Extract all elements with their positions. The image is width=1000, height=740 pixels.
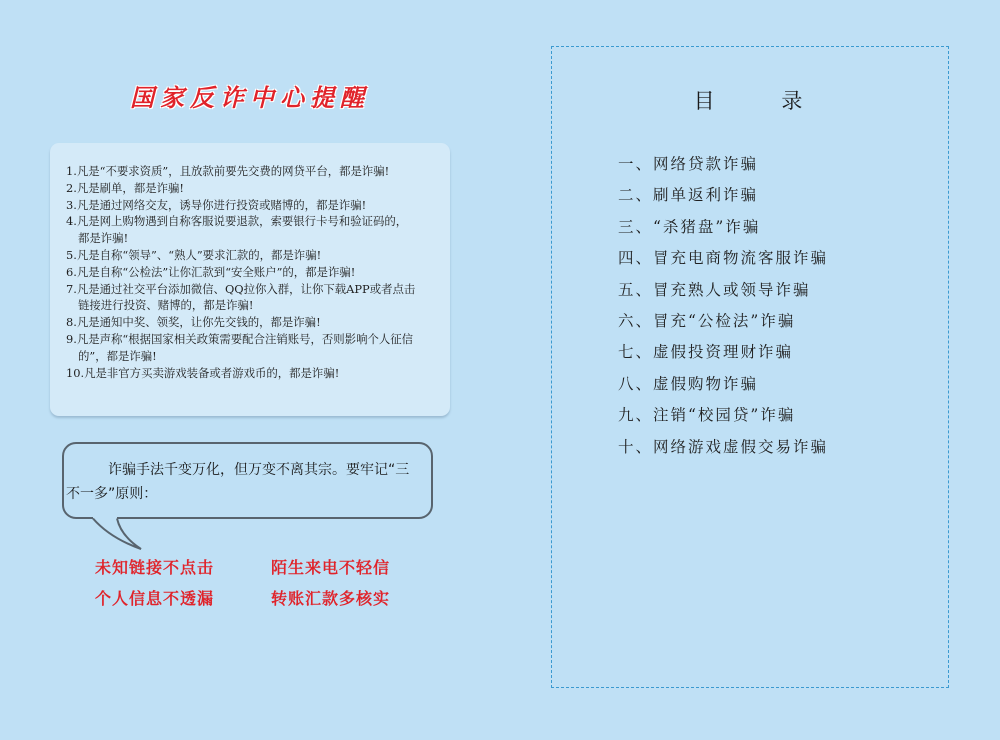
toc-item[interactable]: 十、网络游戏虚假交易诈骗 xyxy=(618,432,828,463)
rule-text: 7.凡是通过社交平台添加微信、QQ拉你入群，让你下载APP或者点击 xyxy=(66,282,415,296)
rule-text-continued: 都是诈骗! xyxy=(66,230,438,247)
slogan-item: 未知链接不点击 xyxy=(95,557,271,579)
slogan-item: 陌生来电不轻信 xyxy=(271,557,425,579)
rule-item: 2.凡是刷单，都是诈骗! xyxy=(66,180,438,197)
rule-text: 1.凡是“不要求资质”，且放款前要先交费的网贷平台，都是诈骗! xyxy=(66,164,389,178)
toc-item[interactable]: 八、虚假购物诈骗 xyxy=(618,369,828,400)
toc-item[interactable]: 九、注销“校园贷”诈骗 xyxy=(618,400,828,431)
toc-item[interactable]: 一、网络贷款诈骗 xyxy=(618,149,828,180)
toc-item[interactable]: 四、冒充电商物流客服诈骗 xyxy=(618,243,828,274)
rule-item: 3.凡是通过网络交友，诱导你进行投资或赌博的，都是诈骗! xyxy=(66,197,438,214)
rule-item: 9.凡是声称“根据国家相关政策需要配合注销账号，否则影响个人征信的”，都是诈骗! xyxy=(66,331,438,365)
rule-item: 1.凡是“不要求资质”，且放款前要先交费的网贷平台，都是诈骗! xyxy=(66,163,438,180)
rules-list: 1.凡是“不要求资质”，且放款前要先交费的网贷平台，都是诈骗! 2.凡是刷单，都… xyxy=(66,163,438,381)
rule-item: 6.凡是自称“公检法”让你汇款到“安全账户”的，都是诈骗! xyxy=(66,264,438,281)
rule-text: 9.凡是声称“根据国家相关政策需要配合注销账号，否则影响个人征信 xyxy=(66,332,413,346)
rule-text-continued: 的”，都是诈骗! xyxy=(66,348,438,365)
rule-text: 6.凡是自称“公检法”让你汇款到“安全账户”的，都是诈骗! xyxy=(66,265,355,279)
slogan-item: 转账汇款多核实 xyxy=(271,588,425,610)
toc-list: 一、网络贷款诈骗 二、刷单返利诈骗 三、“杀猪盘”诈骗 四、冒充电商物流客服诈骗… xyxy=(618,149,828,463)
rule-item: 5.凡是自称“领导”、“熟人”要求汇款的，都是诈骗! xyxy=(66,247,438,264)
rule-text: 3.凡是通过网络交友，诱导你进行投资或赌博的，都是诈骗! xyxy=(66,198,366,212)
speech-bubble: 诈骗手法千变万化，但万变不离其宗。要牢记“三不一多”原则： xyxy=(62,442,433,519)
bubble-text: 诈骗手法千变万化，但万变不离其宗。要牢记“三不一多”原则： xyxy=(64,458,431,506)
toc-item[interactable]: 二、刷单返利诈骗 xyxy=(618,180,828,211)
slogan-item: 个人信息不透漏 xyxy=(95,588,271,610)
headline: 国家反诈中心提醒 xyxy=(100,78,400,113)
slogans: 未知链接不点击 陌生来电不轻信 个人信息不透漏 转账汇款多核实 xyxy=(95,557,425,610)
rule-text: 10.凡是非官方买卖游戏装备或者游戏币的，都是诈骗! xyxy=(66,366,339,380)
toc-item[interactable]: 七、虚假投资理财诈骗 xyxy=(618,337,828,368)
rule-text: 2.凡是刷单，都是诈骗! xyxy=(66,181,184,195)
rule-text: 4.凡是网上购物遇到自称客服说要退款，索要银行卡号和验证码的， xyxy=(66,214,407,228)
rule-text: 8.凡是通知中奖、领奖，让你先交钱的，都是诈骗! xyxy=(66,315,321,329)
rule-item: 8.凡是通知中奖、领奖，让你先交钱的，都是诈骗! xyxy=(66,314,438,331)
rule-text: 5.凡是自称“领导”、“熟人”要求汇款的，都是诈骗! xyxy=(66,248,321,262)
rule-item: 4.凡是网上购物遇到自称客服说要退款，索要银行卡号和验证码的，都是诈骗! xyxy=(66,213,438,247)
toc-item[interactable]: 五、冒充熟人或领导诈骗 xyxy=(618,275,828,306)
toc-item[interactable]: 六、冒充“公检法”诈骗 xyxy=(618,306,828,337)
rule-item: 10.凡是非官方买卖游戏装备或者游戏币的，都是诈骗! xyxy=(66,365,438,382)
rules-panel: 1.凡是“不要求资质”，且放款前要先交费的网贷平台，都是诈骗! 2.凡是刷单，都… xyxy=(50,143,450,416)
rule-item: 7.凡是通过社交平台添加微信、QQ拉你入群，让你下载APP或者点击链接进行投资、… xyxy=(66,281,438,315)
toc-item[interactable]: 三、“杀猪盘”诈骗 xyxy=(618,212,828,243)
rule-text-continued: 链接进行投资、赌博的，都是诈骗! xyxy=(66,297,438,314)
toc-title: 目 录 xyxy=(552,85,948,115)
